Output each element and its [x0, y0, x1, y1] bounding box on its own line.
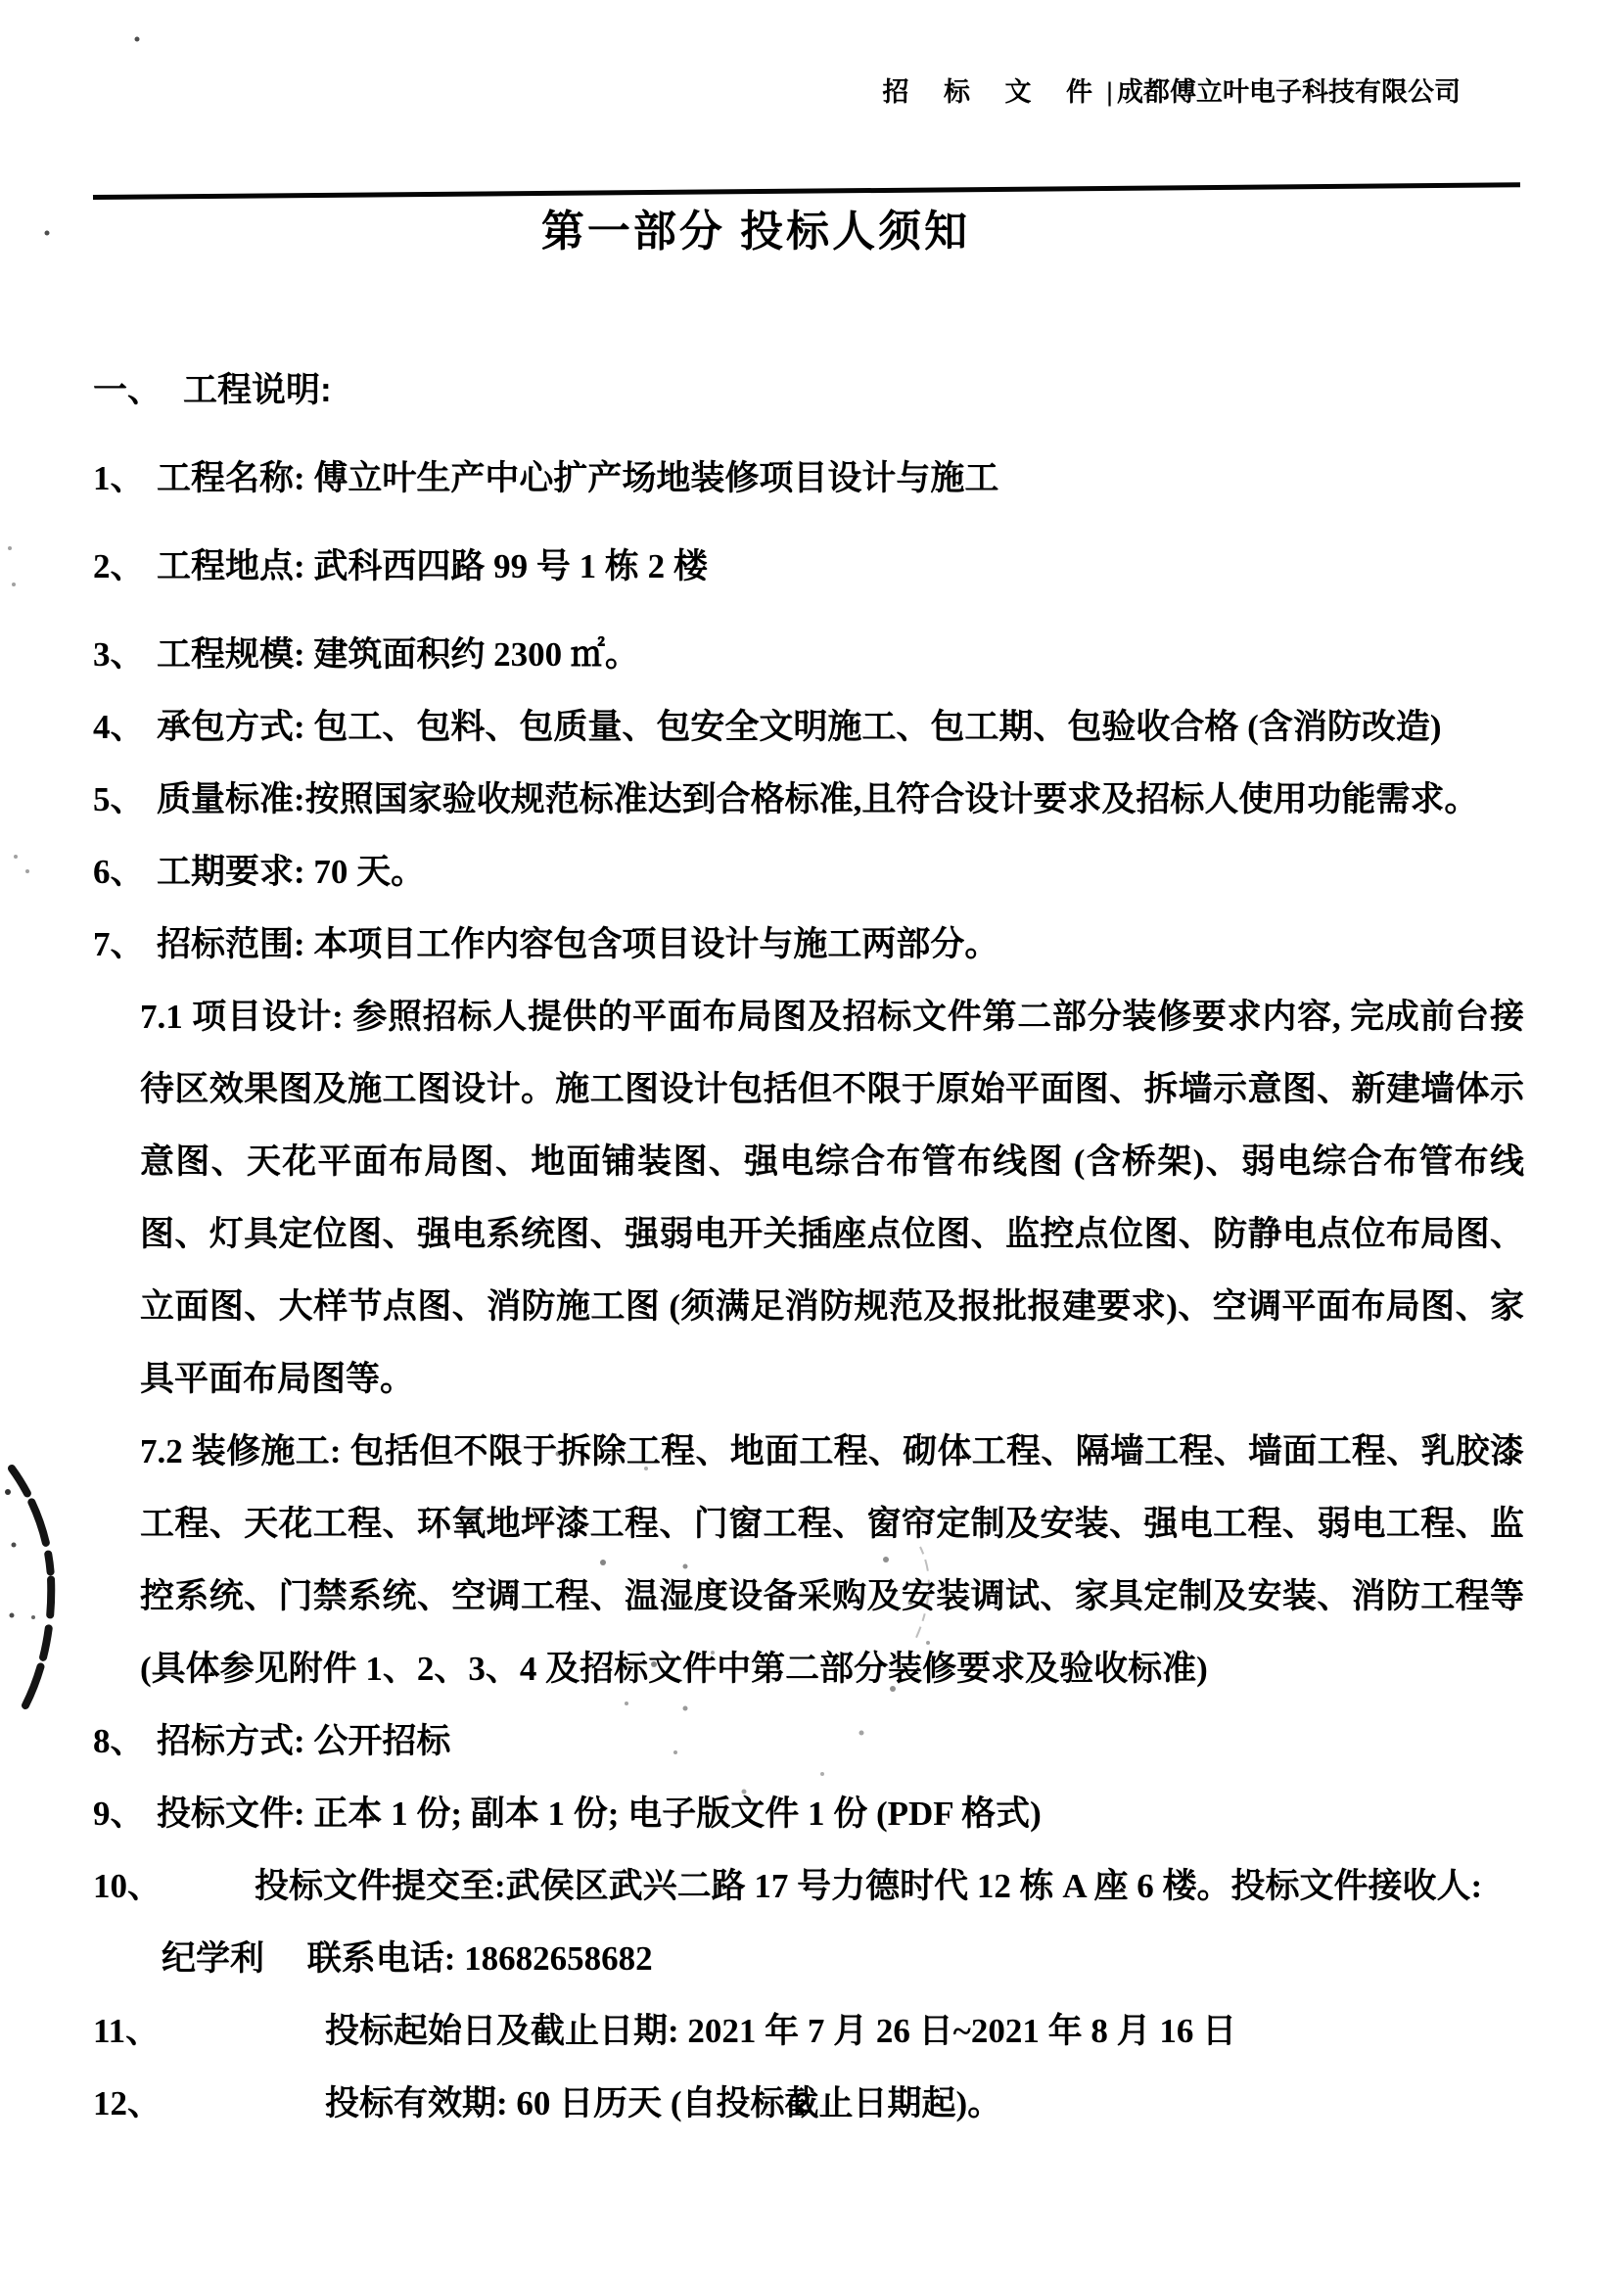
item-number: 2、: [93, 531, 157, 603]
subsection-7-1: 7.1 项目设计: 参照招标人提供的平面布局图及招标文件第二部分装修要求内容, …: [93, 981, 1524, 1416]
header-separator: |: [1106, 77, 1113, 107]
item-number: 1、: [93, 443, 157, 515]
item-text: 工程地点: 武科西四路 99 号 1 栋 2 楼: [157, 547, 708, 585]
subsection-label: 项目设计:: [192, 998, 344, 1036]
list-item: 8、招标方式: 公开招标: [93, 1705, 1524, 1778]
item-text: 工期要求: 70 天。: [157, 853, 425, 891]
document-body: 一、工程说明: 1、工程名称: 傅立叶生产中心扩产场地装修项目设计与施工 2、工…: [93, 354, 1524, 2140]
list-item: 6、工期要求: 70 天。: [93, 836, 1524, 909]
header-company-name: 成都傅立叶电子科技有限公司: [1117, 77, 1461, 107]
item-number: 8、: [93, 1705, 157, 1778]
item-text: 招标范围: 本项目工作内容包含项目设计与施工两部分。: [157, 925, 998, 963]
subsection-text: 参照招标人提供的平面布局图及招标文件第二部分装修要求内容, 完成前台接待区效果图…: [140, 998, 1524, 1398]
item-text: 招标方式: 公开招标: [157, 1722, 450, 1760]
item-text: 工程规模: 建筑面积约 2300 ㎡。: [157, 635, 639, 674]
item-text: 承包方式: 包工、包料、包质量、包安全文明施工、包工期、包验收合格 (含消防改造…: [157, 708, 1441, 746]
item-number: 4、: [93, 691, 157, 764]
subsection-text: 包括但不限于拆除工程、地面工程、砌体工程、隔墙工程、墙面工程、乳胶漆工程、天花工…: [140, 1432, 1524, 1688]
item-number: 6、: [93, 836, 157, 909]
header-doc-type: 招 标 文 件: [882, 77, 1106, 107]
item-number: 11、: [93, 1995, 325, 2068]
list-item: 4、承包方式: 包工、包料、包质量、包安全文明施工、包工期、包验收合格 (含消防…: [93, 691, 1524, 764]
section-heading: 一、工程说明:: [93, 354, 1524, 427]
list-item: 2、工程地点: 武科西四路 99 号 1 栋 2 楼: [93, 531, 1524, 603]
item-number: 3、: [93, 619, 157, 691]
item-number: 9、: [93, 1778, 157, 1850]
list-item: 10、投标文件提交至:武侯区武兴二路 17 号力德时代 12 栋 A 座 6 楼…: [93, 1850, 1524, 1923]
document-page: 招 标 文 件|成都傅立叶电子科技有限公司 第一部分 投标人须知 一、工程说明:…: [0, 0, 1624, 2285]
subsection-label: 装修施工:: [192, 1432, 342, 1470]
list-item: 7、招标范围: 本项目工作内容包含项目设计与施工两部分。: [93, 909, 1524, 981]
subsection-number: 7.1: [140, 998, 183, 1036]
item-text-continued: 纪学利 联系电话: 18682658682: [93, 1923, 1524, 1995]
item-number: 5、: [93, 764, 157, 836]
list-item: 9、投标文件: 正本 1 份; 副本 1 份; 电子版文件 1 份 (PDF 格…: [93, 1778, 1524, 1850]
page-number: 2: [0, 2087, 1605, 2121]
section-marker: 一、: [93, 354, 183, 427]
page-title: 第一部分 投标人须知: [0, 196, 1511, 258]
item-number: 10、: [93, 1850, 255, 1923]
item-text: 工程名称: 傅立叶生产中心扩产场地装修项目设计与施工: [157, 459, 998, 497]
item-text: 投标起始日及截止日期: 2021 年 7 月 26 日~2021 年 8 月 1…: [325, 2012, 1236, 2050]
list-item: 3、工程规模: 建筑面积约 2300 ㎡。: [93, 619, 1524, 691]
list-item: 1、工程名称: 傅立叶生产中心扩产场地装修项目设计与施工: [93, 443, 1524, 515]
subsection-7-2: 7.2 装修施工: 包括但不限于拆除工程、地面工程、砌体工程、隔墙工程、墙面工程…: [93, 1416, 1524, 1705]
section-title: 工程说明:: [183, 371, 332, 409]
subsection-number: 7.2: [140, 1432, 183, 1470]
item-number: 7、: [93, 909, 157, 981]
item-text: 质量标准:按照国家验收规范标准达到合格标准,且符合设计要求及招标人使用功能需求。: [157, 780, 1478, 818]
item-text: 投标文件: 正本 1 份; 副本 1 份; 电子版文件 1 份 (PDF 格式): [157, 1795, 1042, 1833]
list-item: 5、质量标准:按照国家验收规范标准达到合格标准,且符合设计要求及招标人使用功能需…: [93, 764, 1524, 836]
list-item: 11、投标起始日及截止日期: 2021 年 7 月 26 日~2021 年 8 …: [93, 1995, 1524, 2068]
page-header: 招 标 文 件|成都傅立叶电子科技有限公司: [882, 70, 1461, 109]
item-text: 投标文件提交至:武侯区武兴二路 17 号力德时代 12 栋 A 座 6 楼。投标…: [255, 1867, 1482, 1905]
